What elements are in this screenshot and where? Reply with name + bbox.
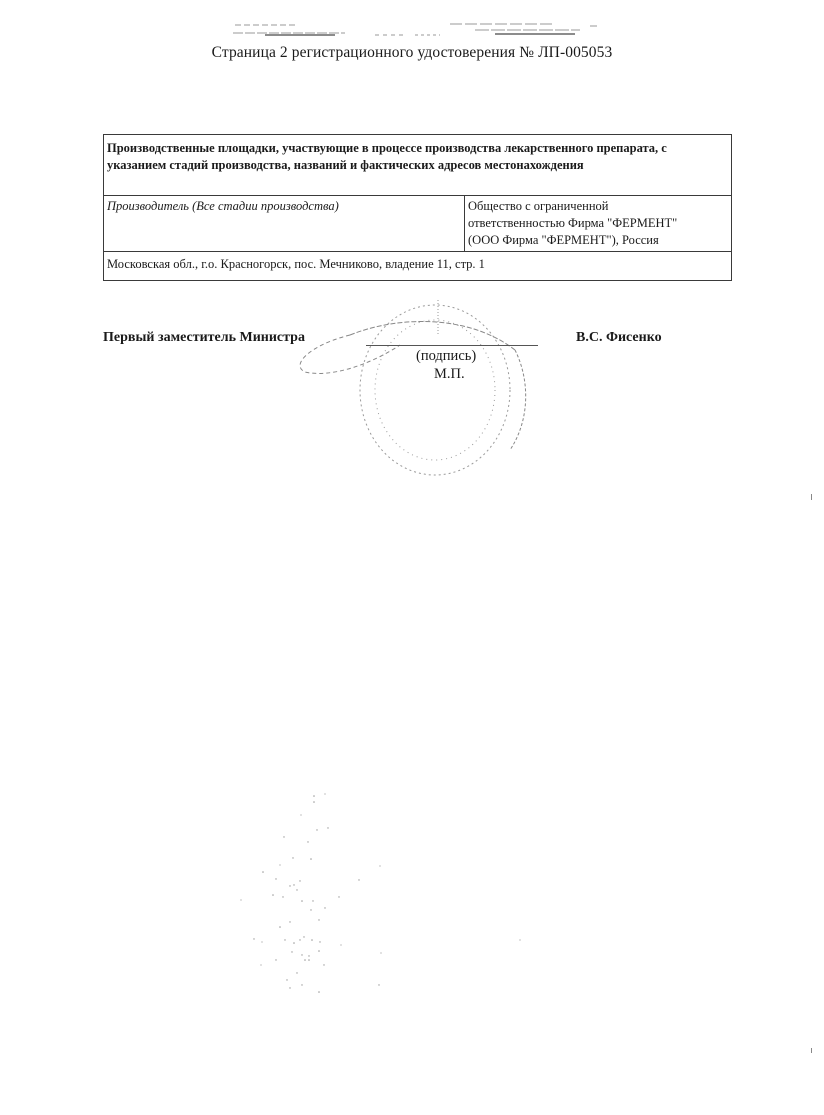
table-title: Производственные площадки, участвующие в… [104, 135, 732, 196]
scan-noise [230, 780, 550, 1010]
signature-block: Первый заместитель Министра (подпись) М.… [103, 330, 683, 390]
manufacturer-role: Производитель (Все стадии производства) [104, 196, 465, 252]
scan-edge-mark [811, 494, 812, 500]
scan-edge-mark [811, 1048, 812, 1053]
organization-line: ответственностью Фирма "ФЕРМЕНТ" [468, 215, 728, 232]
page-header: Страница 2 регистрационного удостоверени… [0, 44, 824, 62]
table-row: Производитель (Все стадии производства) … [104, 196, 732, 252]
signature-caption: (подпись) [416, 348, 476, 365]
signatory-name: В.С. Фисенко [576, 330, 662, 346]
signature-line [366, 345, 538, 346]
document-page: Страница 2 регистрационного удостоверени… [0, 0, 824, 1115]
organization-line: (ООО Фирма "ФЕРМЕНТ"), Россия [468, 232, 728, 249]
signatory-title: Первый заместитель Министра [103, 330, 305, 346]
organization-line: Общество с ограниченной [468, 198, 728, 215]
table-title-row: Производственные площадки, участвующие в… [104, 135, 732, 196]
scan-artifact-lines [225, 22, 645, 42]
site-address: Московская обл., г.о. Красногорск, пос. … [104, 252, 732, 281]
organization-name: Общество с ограниченной ответственностью… [465, 196, 732, 252]
production-sites-table: Производственные площадки, участвующие в… [103, 134, 732, 281]
table-row: Московская обл., г.о. Красногорск, пос. … [104, 252, 732, 281]
seal-caption: М.П. [434, 366, 465, 383]
